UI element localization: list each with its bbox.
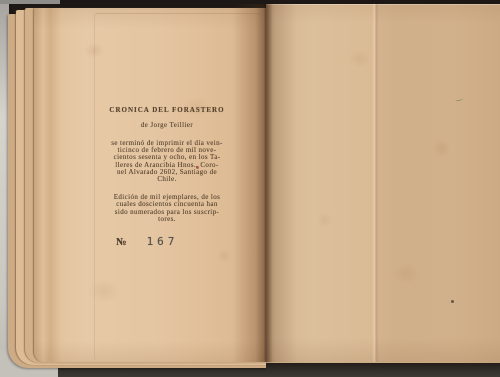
dark-speck [451, 300, 454, 303]
numero-symbol: № [116, 237, 127, 248]
right-page-crease-shade [378, 4, 500, 362]
author-line: de Jorge Teillier [92, 122, 242, 129]
colophon-text-block: CRONICA DEL FORASTERO de Jorge Teillier … [92, 106, 242, 248]
copy-number-stamp: 167 [147, 235, 179, 248]
copy-number-row: № 167 [92, 235, 242, 248]
colophon-line: Chile. [92, 176, 242, 183]
book-gutter-shadow [233, 4, 297, 362]
edition-line: tores. [92, 216, 242, 223]
ink-speck [196, 166, 199, 169]
book-title: CRONICA DEL FORASTERO [92, 106, 242, 114]
book-photograph: CRONICA DEL FORASTERO de Jorge Teillier … [0, 0, 500, 377]
table-surface-top [0, 0, 60, 4]
edition-paragraph: Edición de mil ejemplares, de los cuales… [92, 194, 242, 223]
colophon-paragraph: se terminó de imprimir el día vein- tici… [92, 140, 242, 183]
